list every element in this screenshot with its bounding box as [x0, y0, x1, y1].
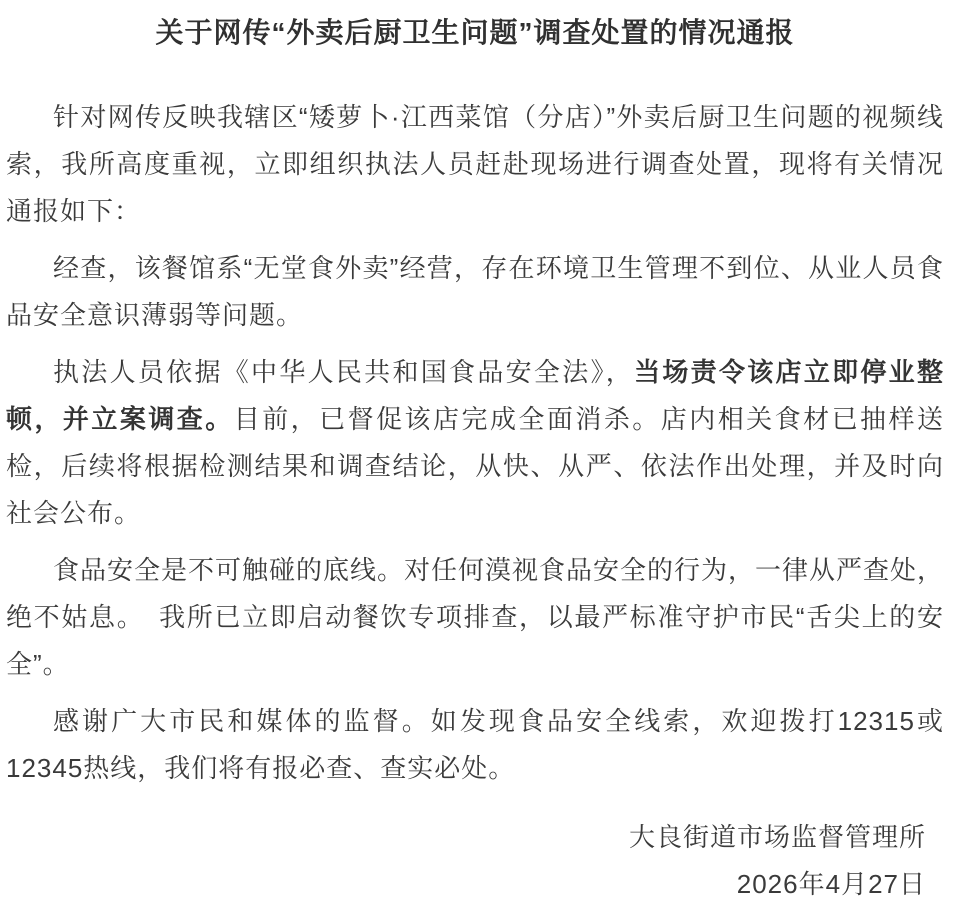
body-paragraphs: 针对网传反映我辖区“矮萝卜·江西菜馆（分店）”外卖后厨卫生问题的视频线索，我所高… [6, 94, 944, 792]
paragraph: 感谢广大市民和媒体的监督。如发现食品安全线索，欢迎拨打12315或12345热线… [6, 698, 944, 792]
issue-date: 2026年4月27日 [6, 861, 926, 908]
notice-document: 关于网传“外卖后厨卫生问题”调查处置的情况通报 针对网传反映我辖区“矮萝卜·江西… [0, 0, 960, 918]
text-segment: 食品安全是不可触碰的底线。对任何漠视食品安全的行为，一律从严查处，绝不姑息。 我… [6, 555, 944, 679]
page-title: 关于网传“外卖后厨卫生问题”调查处置的情况通报 [6, 16, 944, 50]
paragraph: 执法人员依据《中华人民共和国食品安全法》，当场责令该店立即停业整顿，并立案调查。… [6, 349, 944, 537]
signature-block: 大良街道市场监督管理所 2026年4月27日 [6, 814, 944, 908]
text-segment: 感谢广大市民和媒体的监督。如发现食品安全线索，欢迎拨打12315或12345热线… [6, 706, 944, 783]
issuing-authority: 大良街道市场监督管理所 [6, 814, 926, 861]
paragraph: 食品安全是不可触碰的底线。对任何漠视食品安全的行为，一律从严查处，绝不姑息。 我… [6, 547, 944, 688]
paragraph: 针对网传反映我辖区“矮萝卜·江西菜馆（分店）”外卖后厨卫生问题的视频线索，我所高… [6, 94, 944, 235]
text-segment: 针对网传反映我辖区“矮萝卜·江西菜馆（分店）”外卖后厨卫生问题的视频线索，我所高… [6, 102, 944, 226]
paragraph: 经查，该餐馆系“无堂食外卖”经营，存在环境卫生管理不到位、从业人员食品安全意识薄… [6, 245, 944, 339]
text-segment: 经查，该餐馆系“无堂食外卖”经营，存在环境卫生管理不到位、从业人员食品安全意识薄… [6, 253, 944, 330]
text-segment: 执法人员依据《中华人民共和国食品安全法》， [53, 357, 634, 387]
